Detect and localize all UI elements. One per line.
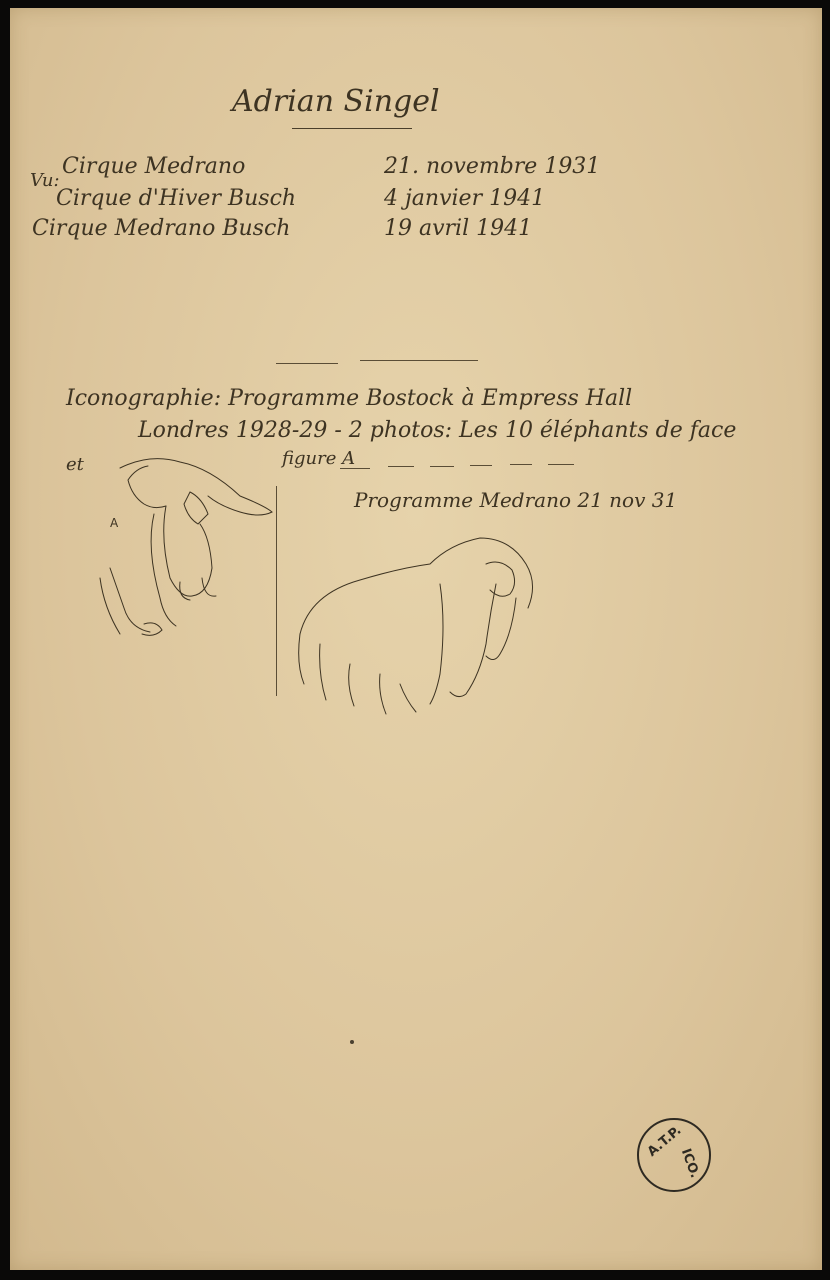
dash	[430, 466, 454, 467]
iconography-line-1: Iconographie: Programme Bostock à Empres…	[66, 386, 632, 411]
performance-date-3: 19 avril 1941	[384, 216, 532, 241]
title-underline	[292, 128, 412, 129]
dash	[388, 466, 414, 467]
performance-date-1: 21. novembre 1931	[384, 154, 600, 179]
elephant-sketch-b	[290, 524, 550, 724]
dash	[510, 464, 532, 465]
elephant-sketch-a	[80, 448, 290, 648]
performance-venue-1: Cirque Medrano	[62, 154, 245, 179]
iconography-line-2: Londres 1928-29 - 2 photos: Les 10 éléph…	[138, 418, 736, 443]
vertical-divider	[276, 486, 277, 696]
dash	[548, 464, 574, 465]
document-title: Adrian Singel	[232, 84, 440, 119]
dash	[470, 465, 492, 466]
iconography-line-3-suffix: figure A	[282, 448, 355, 469]
sketch-label-a: A	[110, 516, 118, 530]
document-page: Adrian Singel Vu: Cirque Medrano 21. nov…	[10, 8, 822, 1270]
performance-venue-3: Cirque Medrano Busch	[32, 216, 290, 241]
ink-spot	[350, 1040, 354, 1044]
program-caption: Programme Medrano 21 nov 31	[354, 488, 677, 512]
divider-line	[360, 360, 478, 361]
divider-line	[276, 363, 338, 364]
performance-venue-2: Cirque d'Hiver Busch	[56, 186, 296, 211]
stamp-text-2: ICO.	[678, 1147, 702, 1180]
dash	[340, 468, 370, 469]
performance-date-2: 4 janvier 1941	[384, 186, 545, 211]
atp-stamp: A.T.P. ICO.	[637, 1118, 711, 1192]
